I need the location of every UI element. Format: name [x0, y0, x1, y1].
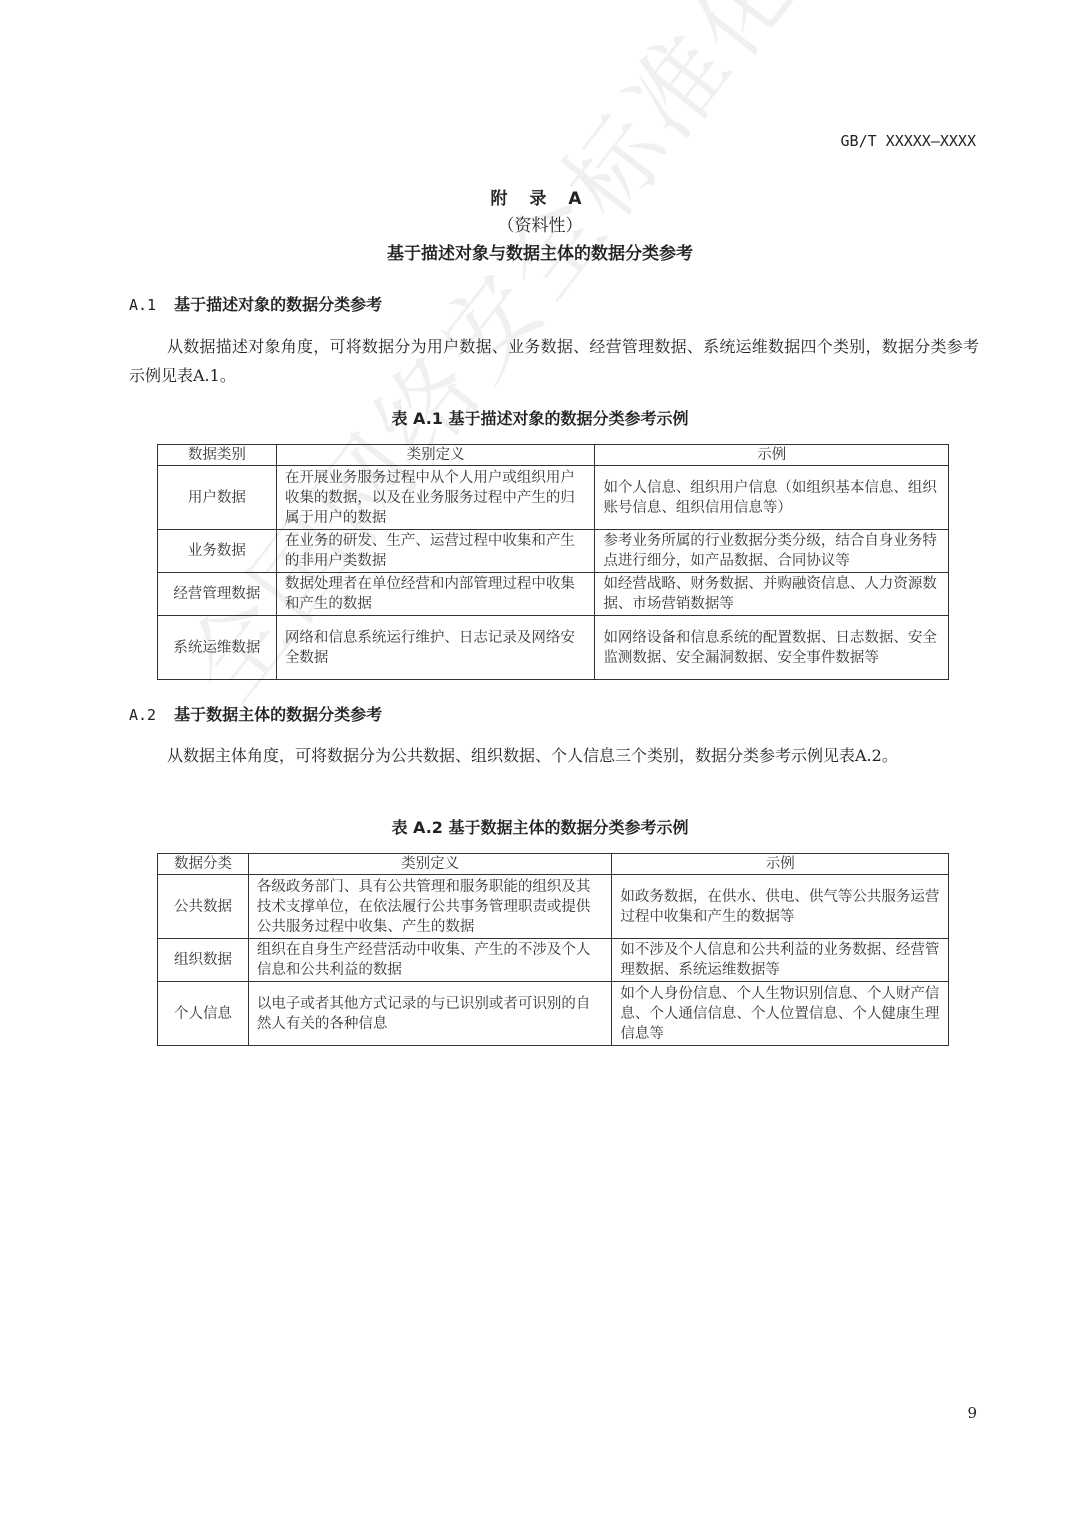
section-paragraph-a2: 从数据主体角度，可将数据分为公共数据、组织数据、个人信息三个类别，数据分类参考示… [129, 741, 979, 770]
appendix-label: 附 录 A [0, 184, 1080, 209]
definition-cell: 网络和信息系统运行维护、日志记录及网络安全数据 [276, 616, 595, 680]
section-number: A.2 [129, 706, 156, 724]
example-cell: 如政务数据，在供水、供电、供气等公共服务运营过程中收集和产生的数据等 [612, 875, 949, 939]
example-cell: 参考业务所属的行业数据分类分级，结合自身业务特点进行细分，如产品数据、合同协议等 [595, 530, 949, 573]
section-title: 基于数据主体的数据分类参考 [174, 705, 382, 724]
category-cell: 个人信息 [158, 982, 249, 1046]
table-caption-a2: 表 A.2 基于数据主体的数据分类参考示例 [0, 815, 1080, 838]
table-caption-a1: 表 A.1 基于描述对象的数据分类参考示例 [0, 406, 1080, 429]
section-number: A.1 [129, 296, 156, 314]
definition-cell: 组织在自身生产经营活动中收集、产生的不涉及个人信息和公共利益的数据 [248, 939, 612, 982]
category-cell: 经营管理数据 [158, 573, 277, 616]
category-cell: 业务数据 [158, 530, 277, 573]
definition-cell: 以电子或者其他方式记录的与已识别或者可识别的自然人有关的各种信息 [248, 982, 612, 1046]
example-cell: 如网络设备和信息系统的配置数据、日志数据、安全监测数据、安全漏洞数据、安全事件数… [595, 616, 949, 680]
section-heading-a1: A.1基于描述对象的数据分类参考 [129, 292, 382, 315]
appendix-title: 基于描述对象与数据主体的数据分类参考 [0, 239, 1080, 264]
table-row: 组织数据 组织在自身生产经营活动中收集、产生的不涉及个人信息和公共利益的数据 如… [158, 939, 949, 982]
table-row: 用户数据 在开展业务服务过程中从个人用户或组织用户收集的数据，以及在业务服务过程… [158, 466, 949, 530]
column-header: 类别定义 [276, 445, 595, 466]
definition-cell: 数据处理者在单位经营和内部管理过程中收集和产生的数据 [276, 573, 595, 616]
category-cell: 系统运维数据 [158, 616, 277, 680]
column-header: 示例 [612, 854, 949, 875]
definition-cell: 各级政务部门、具有公共管理和服务职能的组织及其技术支撑单位，在依法履行公共事务管… [248, 875, 612, 939]
column-header: 数据分类 [158, 854, 249, 875]
section-title: 基于描述对象的数据分类参考 [174, 295, 382, 314]
definition-cell: 在业务的研发、生产、运营过程中收集和产生的非用户类数据 [276, 530, 595, 573]
category-cell: 用户数据 [158, 466, 277, 530]
column-header: 类别定义 [248, 854, 612, 875]
table-a2: 数据分类 类别定义 示例 公共数据 各级政务部门、具有公共管理和服务职能的组织及… [157, 853, 949, 1046]
column-header: 示例 [595, 445, 949, 466]
example-cell: 如个人身份信息、个人生物识别信息、个人财产信息、个人通信信息、个人位置信息、个人… [612, 982, 949, 1046]
appendix-nature: （资料性） [0, 211, 1080, 236]
table-row: 个人信息 以电子或者其他方式记录的与已识别或者可识别的自然人有关的各种信息 如个… [158, 982, 949, 1046]
page-number: 9 [967, 1404, 977, 1422]
example-cell: 如经营战略、财务数据、并购融资信息、人力资源数据、市场营销数据等 [595, 573, 949, 616]
table-a1: 数据类别 类别定义 示例 用户数据 在开展业务服务过程中从个人用户或组织用户收集… [157, 444, 949, 680]
table-row: 经营管理数据 数据处理者在单位经营和内部管理过程中收集和产生的数据 如经营战略、… [158, 573, 949, 616]
table-row: 系统运维数据 网络和信息系统运行维护、日志记录及网络安全数据 如网络设备和信息系… [158, 616, 949, 680]
table-header-row: 数据分类 类别定义 示例 [158, 854, 949, 875]
table-row: 公共数据 各级政务部门、具有公共管理和服务职能的组织及其技术支撑单位，在依法履行… [158, 875, 949, 939]
category-cell: 组织数据 [158, 939, 249, 982]
column-header: 数据类别 [158, 445, 277, 466]
definition-cell: 在开展业务服务过程中从个人用户或组织用户收集的数据，以及在业务服务过程中产生的归… [276, 466, 595, 530]
example-cell: 如不涉及个人信息和公共利益的业务数据、经营管理数据、系统运维数据等 [612, 939, 949, 982]
section-heading-a2: A.2基于数据主体的数据分类参考 [129, 702, 382, 725]
category-cell: 公共数据 [158, 875, 249, 939]
section-paragraph-a1: 从数据描述对象角度，可将数据分为用户数据、业务数据、经营管理数据、系统运维数据四… [129, 332, 979, 390]
example-cell: 如个人信息、组织用户信息（如组织基本信息、组织账号信息、组织信用信息等） [595, 466, 949, 530]
table-header-row: 数据类别 类别定义 示例 [158, 445, 949, 466]
standard-code: GB/T XXXXX—XXXX [841, 132, 976, 150]
table-row: 业务数据 在业务的研发、生产、运营过程中收集和产生的非用户类数据 参考业务所属的… [158, 530, 949, 573]
